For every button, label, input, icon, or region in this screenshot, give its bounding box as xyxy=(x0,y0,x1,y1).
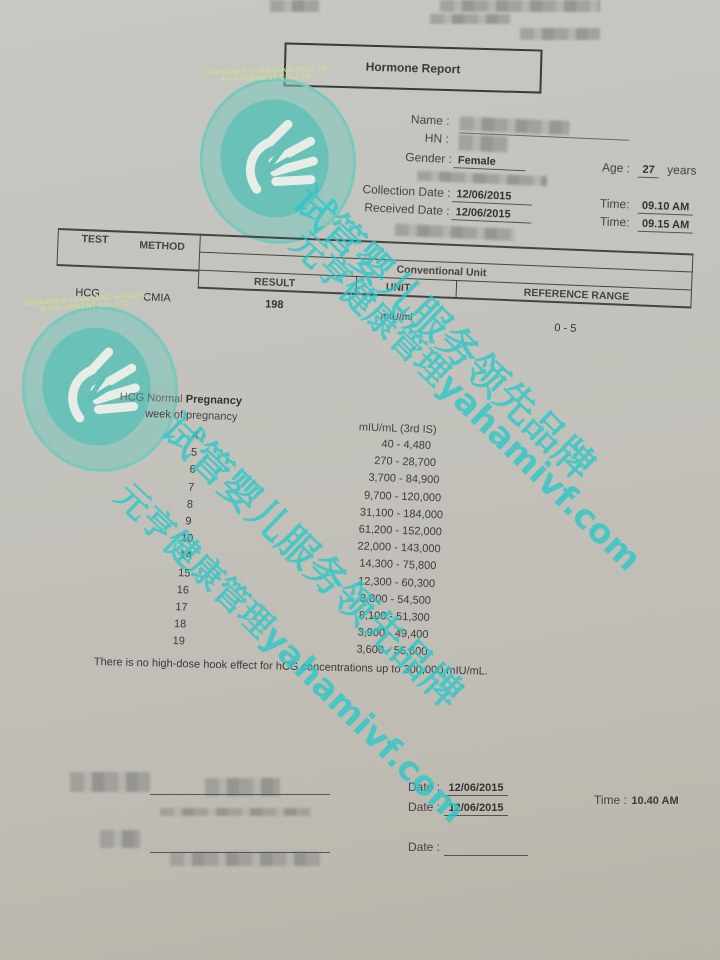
received-date-label: Received Date : xyxy=(364,200,450,218)
reference-range: 31,100 - 184,000 xyxy=(331,505,471,522)
reference-range: 8,800 - 54,500 xyxy=(325,591,465,608)
reference-range: 3,700 - 84,900 xyxy=(334,471,474,488)
reference-range: 14,300 - 75,800 xyxy=(328,557,468,574)
redacted-signature-3 xyxy=(160,808,310,816)
collection-date-label: Collection Date : xyxy=(362,182,451,200)
cell-reference-range: 0 - 5 xyxy=(554,322,576,335)
reference-week: 4 xyxy=(180,429,210,442)
reference-range: 12,300 - 60,300 xyxy=(326,574,466,591)
reference-week: 14 xyxy=(170,549,200,562)
footer-date-3-value xyxy=(444,842,528,856)
footer-date-3: Date : xyxy=(408,838,528,856)
redacted-header-3 xyxy=(430,14,510,24)
hn-value-redacted xyxy=(458,134,509,152)
footer-time: Time : 10.40 AM xyxy=(594,791,679,809)
collection-date-value: 12/06/2015 xyxy=(452,188,533,205)
reference-week: 6 xyxy=(177,464,207,477)
patient-info: Name : HN : Gender : Female Collection D… xyxy=(360,110,550,118)
reference-week: 10 xyxy=(172,532,202,545)
received-date-value: 12/06/2015 xyxy=(451,206,532,223)
age-value: 27 xyxy=(638,164,659,179)
company-stamp: SHENZHEN YUANHENG HEALTH MANAGEMENT CO.,… xyxy=(189,68,367,254)
redacted-field-2 xyxy=(395,224,515,241)
week-header: week of pregnancy xyxy=(145,408,238,423)
name-label: Name : xyxy=(411,112,450,128)
footer-date-1: Date : 12/06/2015 xyxy=(408,778,508,796)
redacted-header-1 xyxy=(270,0,320,12)
gender-value: Female xyxy=(454,154,527,171)
reference-week: 9 xyxy=(173,515,203,528)
hn-label: HN : xyxy=(425,131,450,146)
th-test: TEST xyxy=(81,233,108,246)
reference-range: 9,700 - 120,000 xyxy=(332,488,472,505)
reference-week: 18 xyxy=(165,618,195,631)
redacted-field xyxy=(417,171,547,187)
reference-range: 3,600 - 56,600 xyxy=(322,643,462,660)
footer-date-2: Date : 12/06/2015 xyxy=(408,798,508,816)
collection-time-label: Time: xyxy=(600,196,630,211)
redacted-signature-4 xyxy=(100,830,140,848)
th-unit: UNIT xyxy=(386,281,411,294)
footer-date-1-value: 12/06/2015 xyxy=(444,782,507,796)
reference-week: 7 xyxy=(176,481,206,494)
received-time-label: Time: xyxy=(600,214,630,229)
footer-time-value: 10.40 AM xyxy=(631,795,678,807)
cell-result: 198 xyxy=(265,298,284,311)
hands-icon xyxy=(227,110,329,212)
results-table: TEST METHOD Conventional Unit RESULT UNI… xyxy=(55,228,694,333)
gender-label: Gender : xyxy=(405,150,452,166)
age-row: Age : 27 years xyxy=(602,158,697,179)
reference-range: 270 - 28,700 xyxy=(335,454,475,471)
redacted-header-4 xyxy=(520,28,600,40)
th-method: METHOD xyxy=(139,239,185,253)
reference-range: 61,200 - 152,000 xyxy=(330,522,470,539)
reference-week: 5 xyxy=(179,446,209,459)
cell-unit: mIU/ml xyxy=(380,311,412,323)
reference-range: 8,100 - 51,300 xyxy=(324,608,464,625)
hcg-reference-table: HCG Normal Pregnancy week of pregnancy m… xyxy=(81,390,510,674)
reference-title: HCG Normal Pregnancy xyxy=(120,391,243,407)
age-label: Age : xyxy=(602,160,631,175)
reference-range: 22,000 - 143,000 xyxy=(329,540,469,557)
reference-range: 40 - 4,480 xyxy=(336,437,476,454)
redacted-header-2 xyxy=(440,0,600,12)
reference-week: 19 xyxy=(163,635,193,648)
received-time-value: 09.15 AM xyxy=(638,218,694,234)
age-unit: years xyxy=(667,163,697,178)
reference-week: 17 xyxy=(166,601,196,614)
redacted-signature-5 xyxy=(170,852,320,866)
unit-header: mIU/mL (3rd IS) xyxy=(359,421,437,436)
redacted-signature-1 xyxy=(70,772,150,792)
reference-week: 16 xyxy=(168,584,198,597)
reference-range: 3,900 - 49,400 xyxy=(323,625,463,642)
reference-week: 8 xyxy=(175,498,205,511)
received-time-row: Time: 09.15 AM xyxy=(600,212,694,233)
th-result: RESULT xyxy=(254,276,296,290)
reference-week: 15 xyxy=(169,566,199,579)
footer-date-2-value: 12/06/2015 xyxy=(444,802,507,816)
th-conventional-unit: Conventional Unit xyxy=(396,264,486,280)
